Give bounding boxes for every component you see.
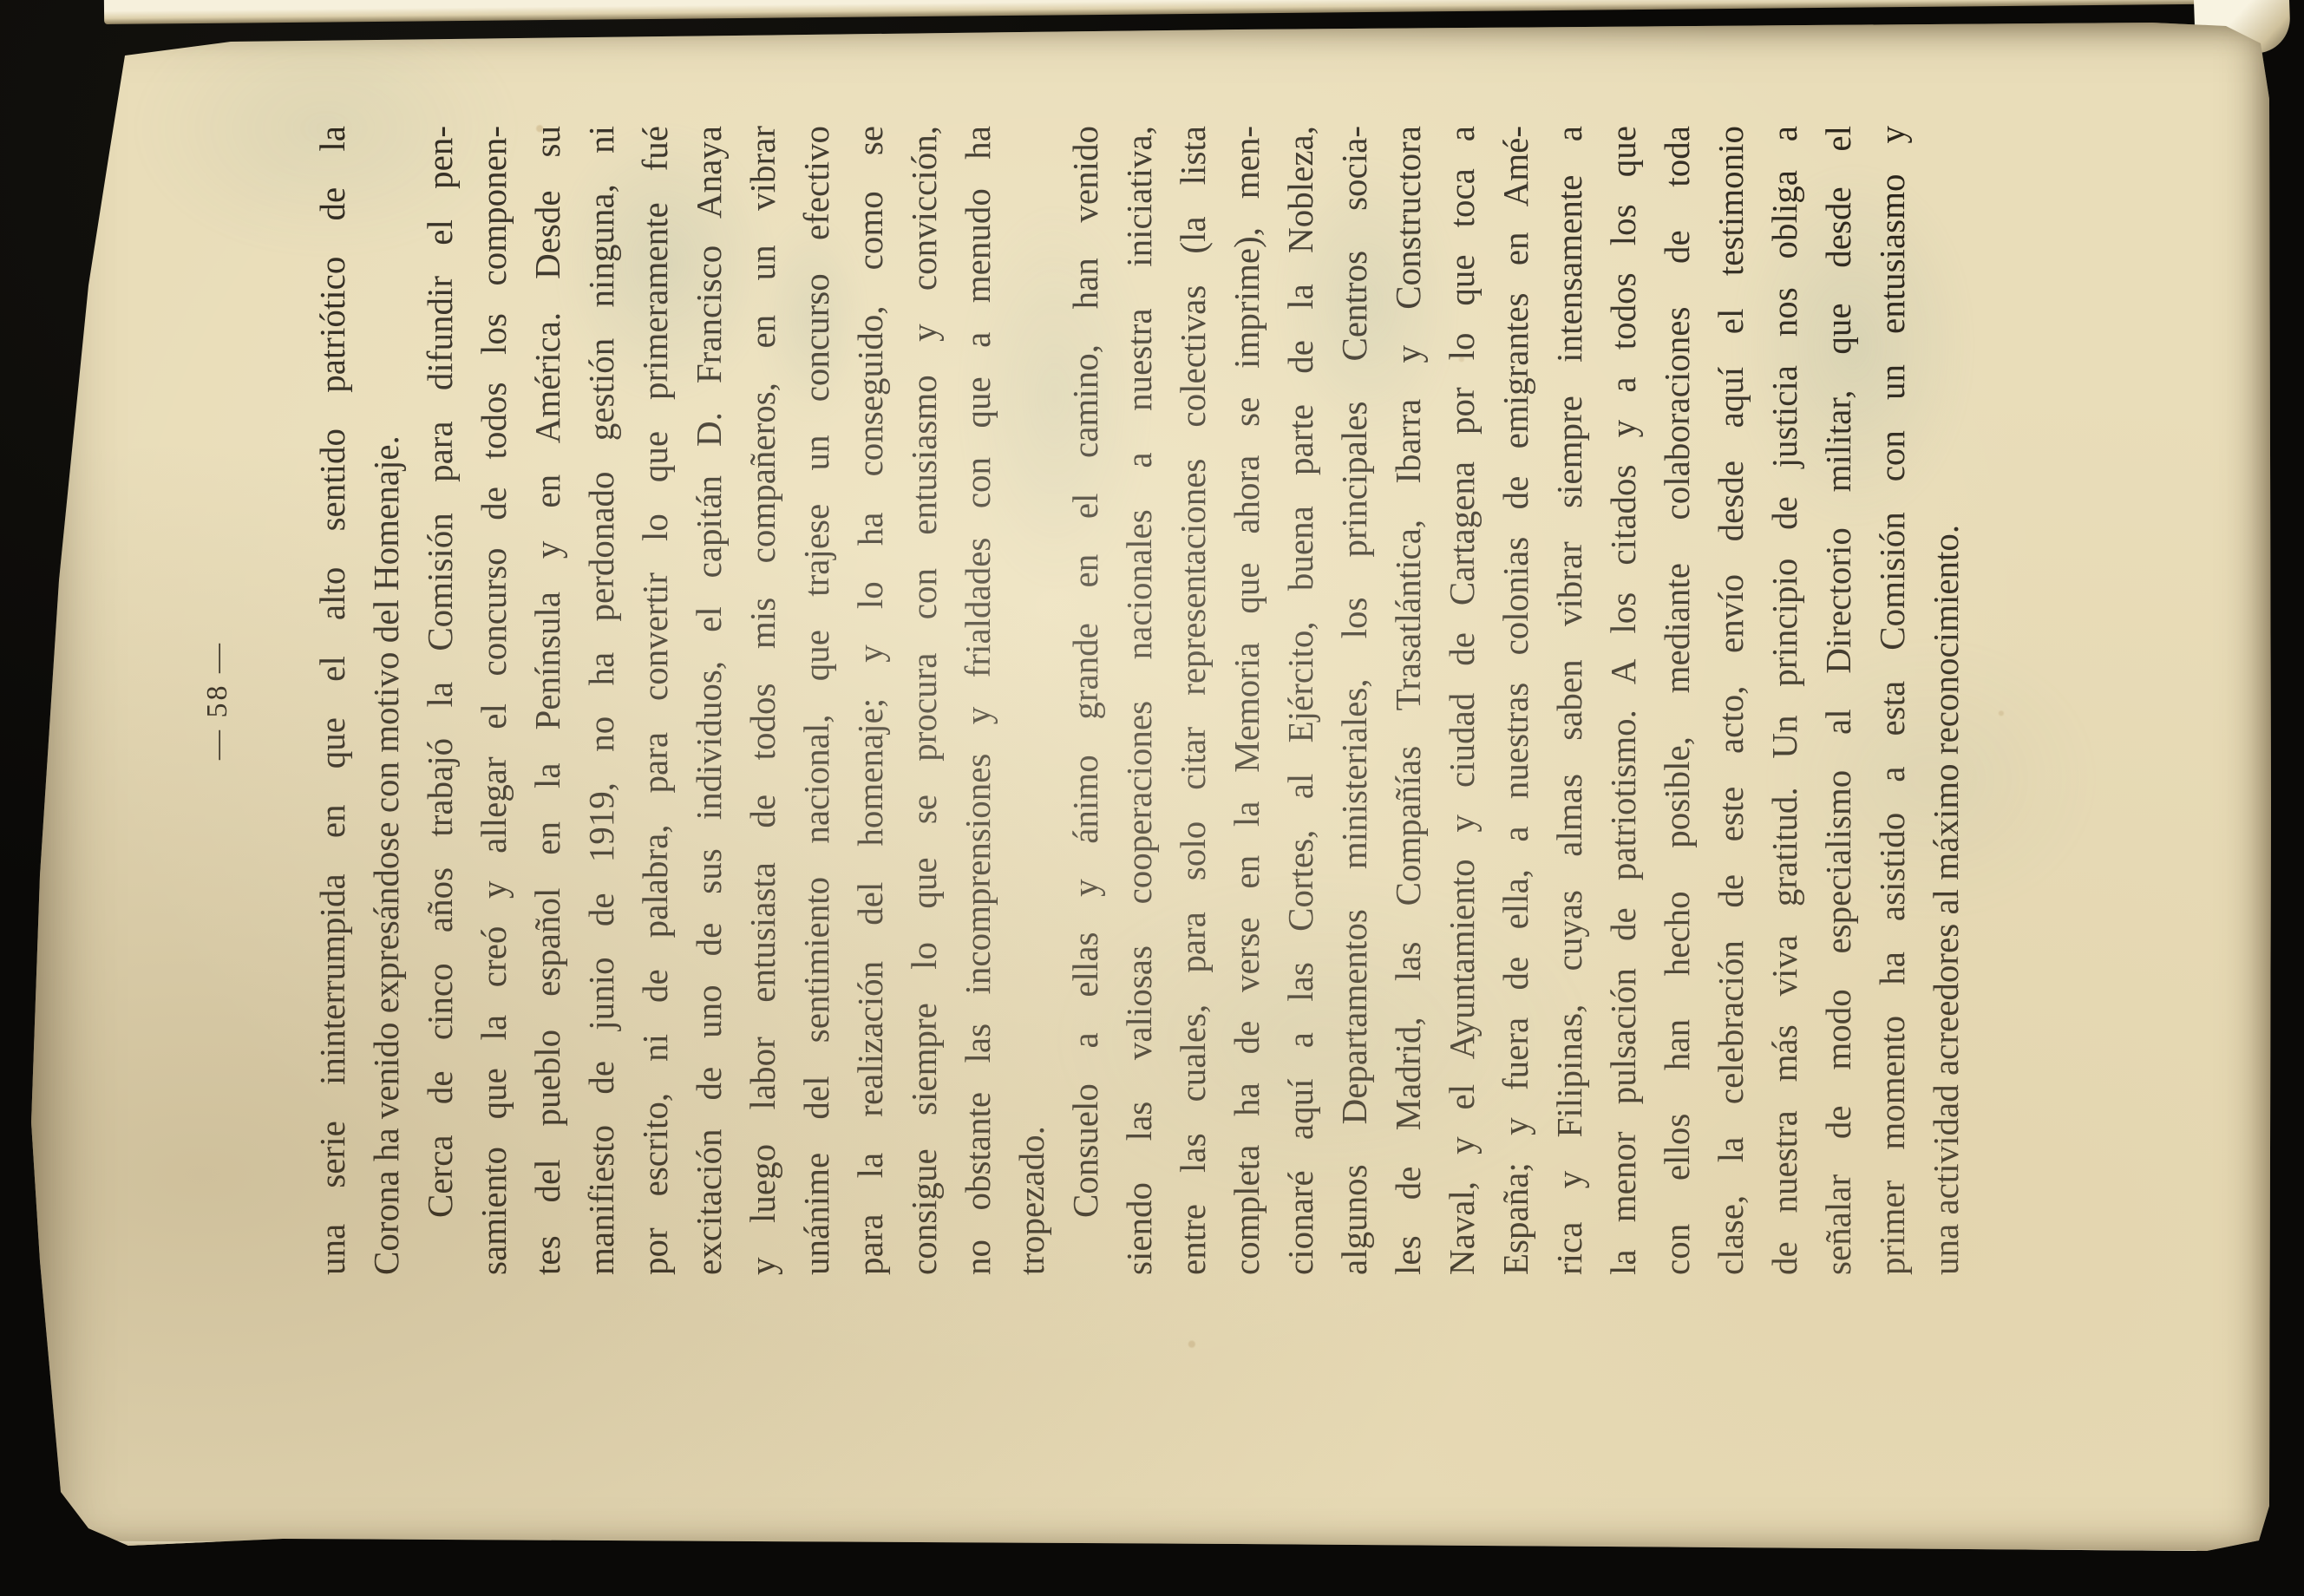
text-line: señalar de modo especialismo al Director… [1811, 126, 1865, 1275]
text-line: cionaré aquí a las Cortes, al Ejército, … [1273, 126, 1327, 1275]
text-line: les de Madrid, las Compañías Trasatlánti… [1381, 126, 1435, 1275]
text-line: clase, la celebración de este acto, enví… [1704, 126, 1757, 1275]
text-line: siendo las valiosas cooperaciones nacion… [1112, 126, 1166, 1275]
text-line: rica y Filipinas, cuyas almas saben vibr… [1542, 126, 1596, 1275]
text-line: una actividad acreedores al máximo recon… [1919, 126, 1973, 1275]
text-line: primer momento ha asistido a esta Comisi… [1865, 126, 1919, 1275]
text-line: tes del pueblo español en la Península y… [520, 126, 574, 1275]
page-number: — 58 — [201, 126, 234, 1275]
text-line: y luego labor entusiasta de todos mis co… [736, 126, 789, 1275]
text-line: no obstante las incomprensiones y friald… [951, 126, 1005, 1275]
text-line: la menor pulsación de patriotismo. A los… [1596, 126, 1650, 1275]
page-content-rotated: — 58 — una serie ininterrumpida en que e… [23, 21, 2271, 1560]
text-line: algunos Departamentos ministeriales, los… [1327, 126, 1381, 1275]
text-block: una serie ininterrumpida en que el alto … [305, 126, 1973, 1275]
text-line: Consuelo a ellas y ánimo grande en el ca… [1058, 126, 1112, 1275]
text-line: excitación de uno de sus individuos, el … [682, 126, 736, 1275]
text-line: una serie ininterrumpida en que el alto … [305, 126, 359, 1275]
text-line: para la realización del homenaje; y lo h… [843, 126, 897, 1275]
text-line: samiento que la creó y allegar el concur… [467, 126, 520, 1275]
text-line: por escrito, ni de palabra, para convert… [628, 126, 682, 1275]
text-line: Corona ha venido expresándose con motivo… [359, 126, 413, 1275]
text-line: manifiesto de junio de 1919, no ha perdo… [574, 126, 628, 1275]
text-line: de nuestra más viva gratitud. Un princip… [1757, 126, 1811, 1275]
text-line: con ellos han hecho posible, mediante co… [1650, 126, 1704, 1275]
text-line: tropezado. [1005, 126, 1058, 1275]
text-line: completa ha de verse en la Memoria que a… [1220, 126, 1273, 1275]
text-line: entre las cuales, para solo citar repres… [1166, 126, 1220, 1275]
book-page: — 58 — una serie ininterrumpida en que e… [23, 21, 2271, 1560]
text-line: Cerca de cinco años trabajó la Comisión … [413, 126, 467, 1275]
text-line: España; y fuera de ella, a nuestras colo… [1489, 126, 1542, 1275]
scanned-book-photo: — 58 — una serie ininterrumpida en que e… [0, 0, 2304, 1596]
text-line: consigue siempre lo que se procura con e… [897, 126, 951, 1275]
text-line: Naval, y el Ayuntamiento y ciudad de Car… [1435, 126, 1489, 1275]
text-line: unánime del sentimiento nacional, que tr… [789, 126, 843, 1275]
underlying-page-edge-top [104, 0, 2247, 24]
